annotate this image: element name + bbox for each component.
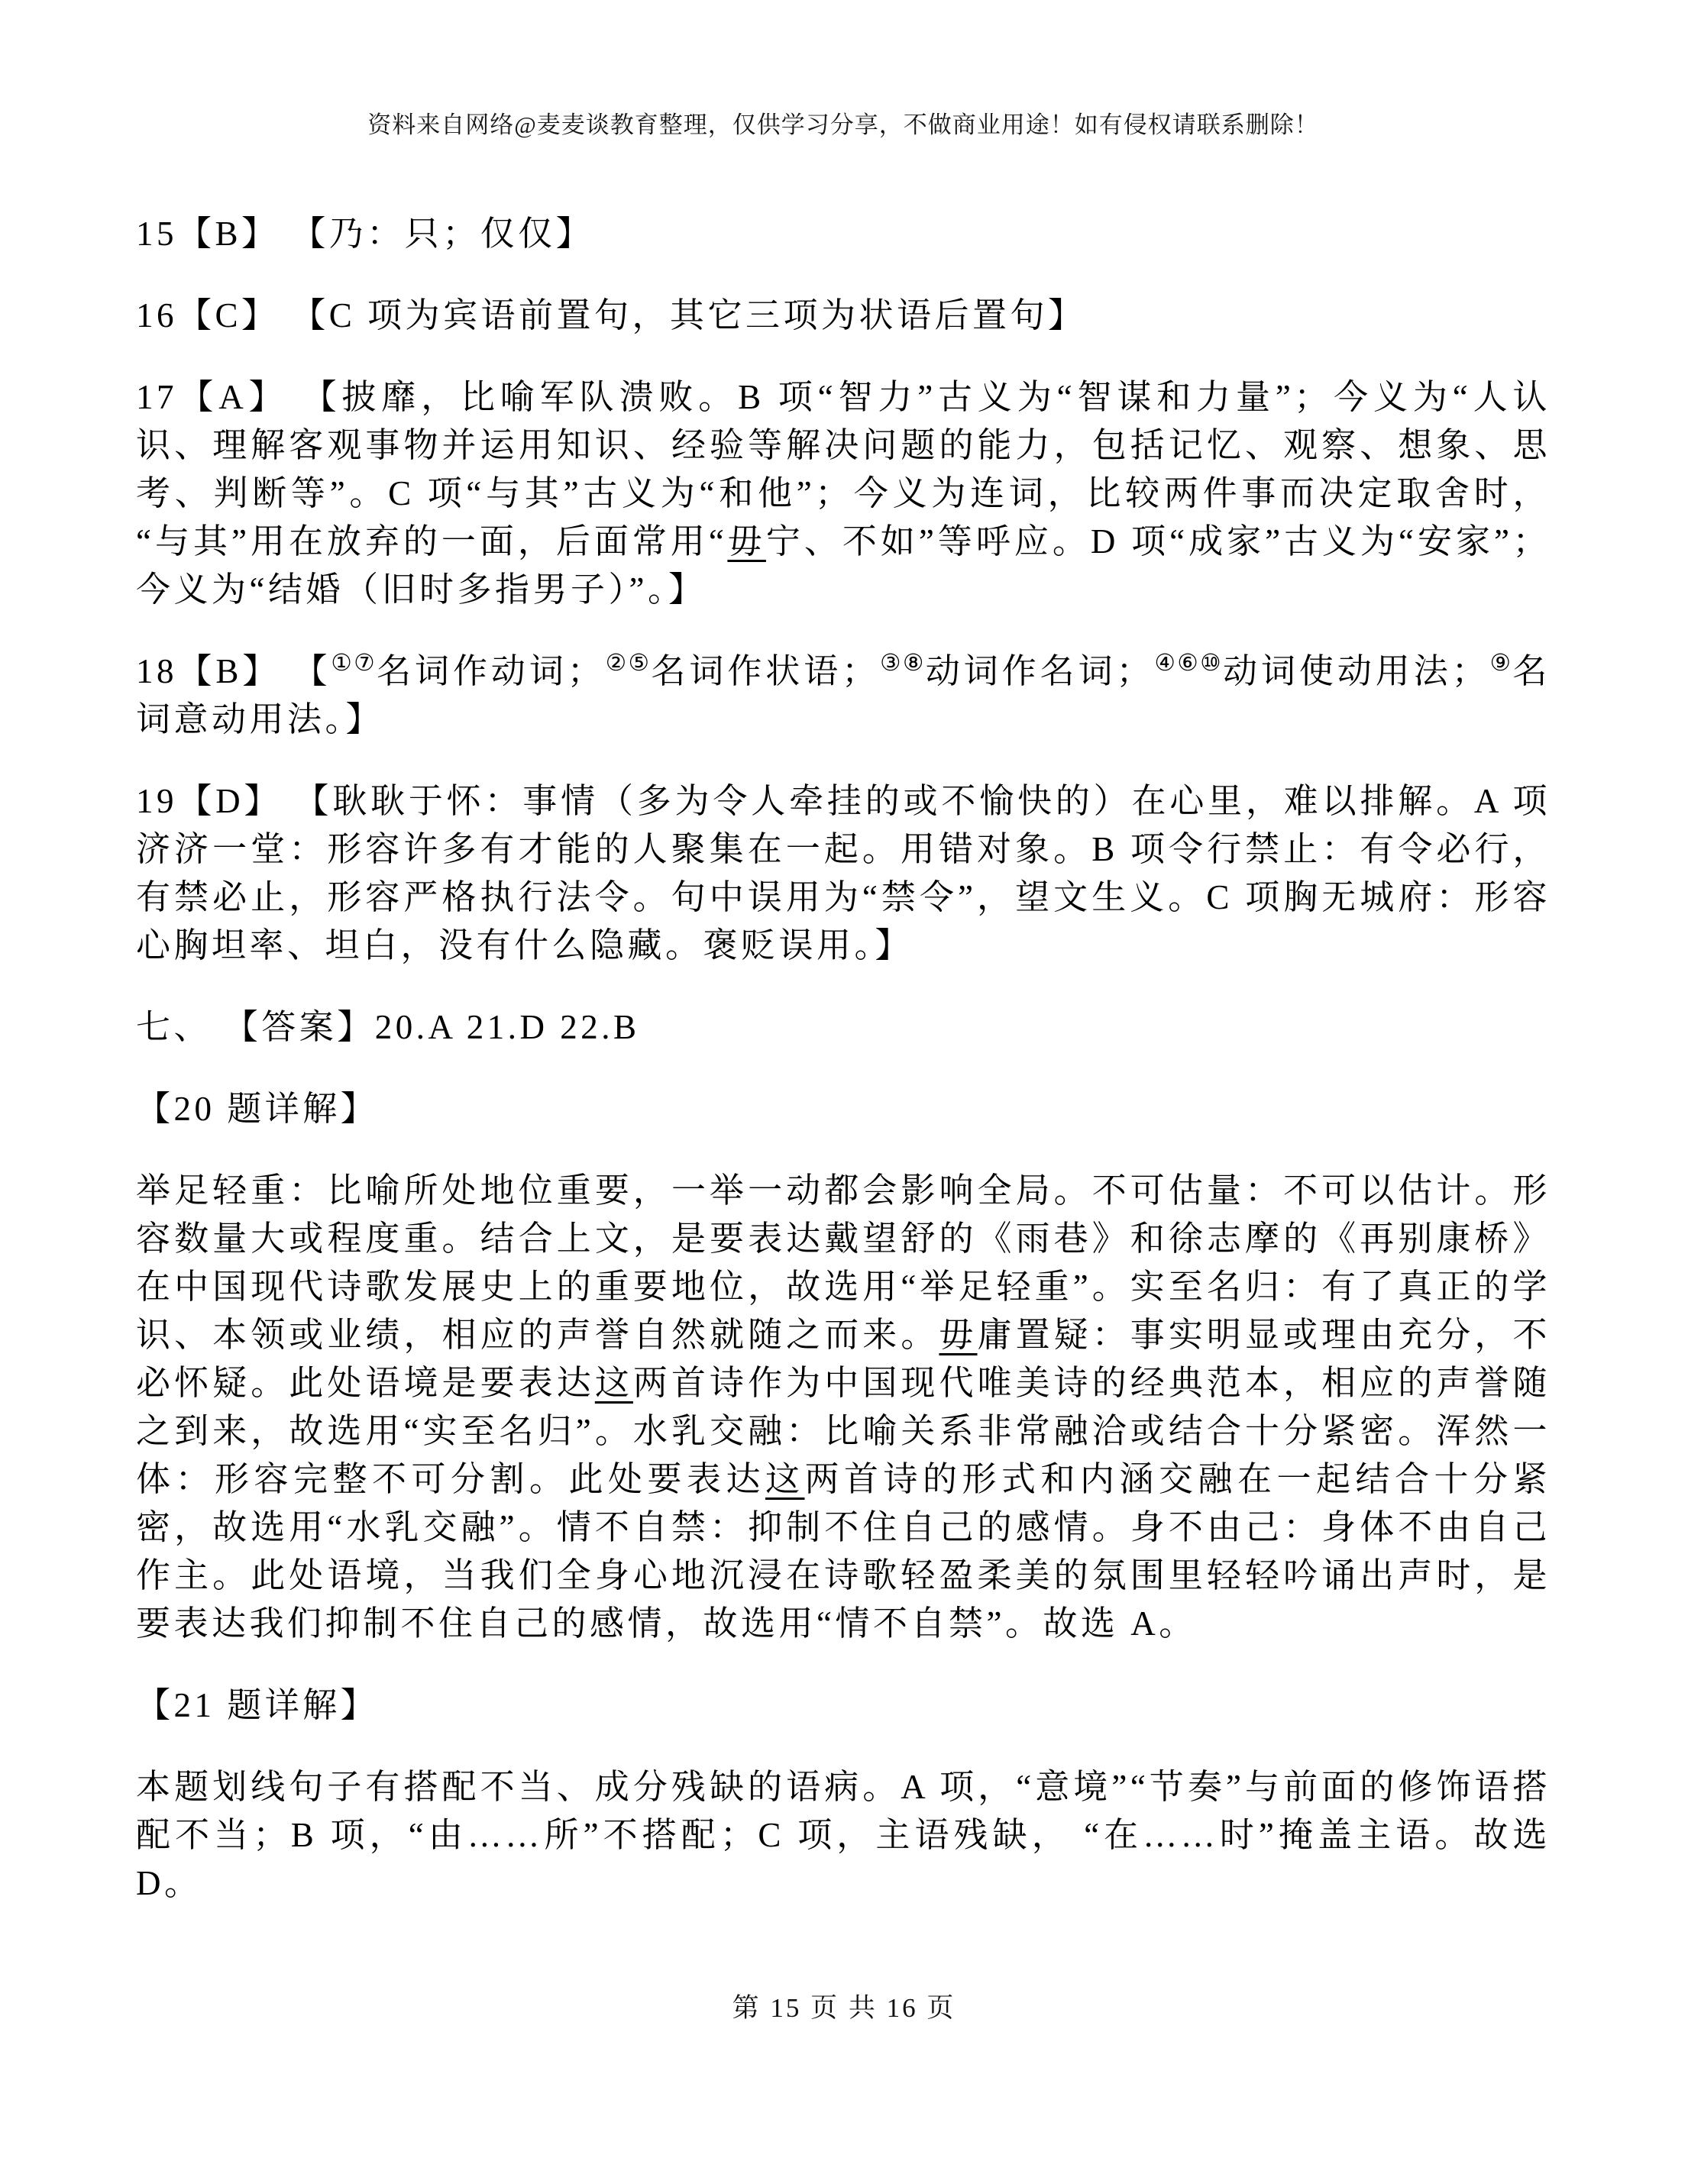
text-run: 19【D】 【耿耿于怀：事情（多为令人牵挂的或不愉快的）在心里，难以排解。A 项… xyxy=(136,782,1551,964)
text-run: 动词作名词； xyxy=(926,652,1154,690)
answer-paragraph-17: 17【A】 【披靡，比喻军队溃败。B 项“智力”古义为“智谋和力量”；今义为“人… xyxy=(136,373,1551,614)
text-run: 本题划线句子有搭配不当、成分残缺的语病。A 项，“意境”“节奏”与前面的修饰语搭… xyxy=(136,1768,1551,1902)
text-run: 【20 题详解】 xyxy=(136,1090,378,1128)
underlined-char: 这 xyxy=(595,1364,633,1402)
circled-number-superscript: ②⑤ xyxy=(605,650,651,676)
text-run: 七、 【答案】20.A 21.D 22.B xyxy=(136,1008,640,1046)
question-20-detail-heading: 【20 题详解】 xyxy=(136,1085,1551,1133)
underlined-char: 毋 xyxy=(939,1316,977,1354)
text-run: 16【C】 【C 项为宾语前置句，其它三项为状语后置句】 xyxy=(136,296,1086,334)
answer-line-16: 16【C】 【C 项为宾语前置句，其它三项为状语后置句】 xyxy=(136,292,1551,340)
underlined-char: 这 xyxy=(765,1460,805,1498)
text-run: 【21 题详解】 xyxy=(136,1686,378,1724)
page-number: 第 15 页 共 16 页 xyxy=(0,1987,1688,2025)
question-20-explanation: 举足轻重：比喻所处地位重要，一举一动都会影响全局。不可估量：不可以估计。形容数量… xyxy=(136,1167,1551,1648)
answer-paragraph-18: 18【B】 【①⑦名词作动词；②⑤名词作状语；③⑧动词作名词；④⑥⑩动词使动用法… xyxy=(136,648,1551,744)
circled-number-superscript: ④⑥⑩ xyxy=(1154,650,1223,676)
circled-number-superscript: ③⑧ xyxy=(880,650,926,676)
text-run: 名词作状语； xyxy=(651,652,879,690)
text-run: 动词使动用法； xyxy=(1223,652,1489,690)
text-run: 15【B】 【乃：只；仅仅】 xyxy=(136,215,593,253)
answer-paragraph-19: 19【D】 【耿耿于怀：事情（多为令人牵挂的或不愉快的）在心里，难以排解。A 项… xyxy=(136,777,1551,970)
text-run: 18【B】 【 xyxy=(136,652,331,690)
watermark-header-notice: 资料来自网络@麦麦谈教育整理，仅供学习分享，不做商业用途！如有侵权请联系删除！ xyxy=(136,105,1551,140)
question-21-detail-heading: 【21 题详解】 xyxy=(136,1682,1551,1730)
question-21-explanation: 本题划线句子有搭配不当、成分残缺的语病。A 项，“意境”“节奏”与前面的修饰语搭… xyxy=(136,1763,1551,1908)
section-seven-answer-line: 七、 【答案】20.A 21.D 22.B xyxy=(136,1003,1551,1052)
circled-number-superscript: ⑨ xyxy=(1489,650,1512,676)
underlined-char: 毋 xyxy=(727,522,766,561)
answer-line-15: 15【B】 【乃：只；仅仅】 xyxy=(136,210,1551,258)
text-run: 名词作动词； xyxy=(377,652,605,690)
circled-number-superscript: ①⑦ xyxy=(331,650,377,676)
document-page: 资料来自网络@麦麦谈教育整理，仅供学习分享，不做商业用途！如有侵权请联系删除！ … xyxy=(0,0,1688,2184)
